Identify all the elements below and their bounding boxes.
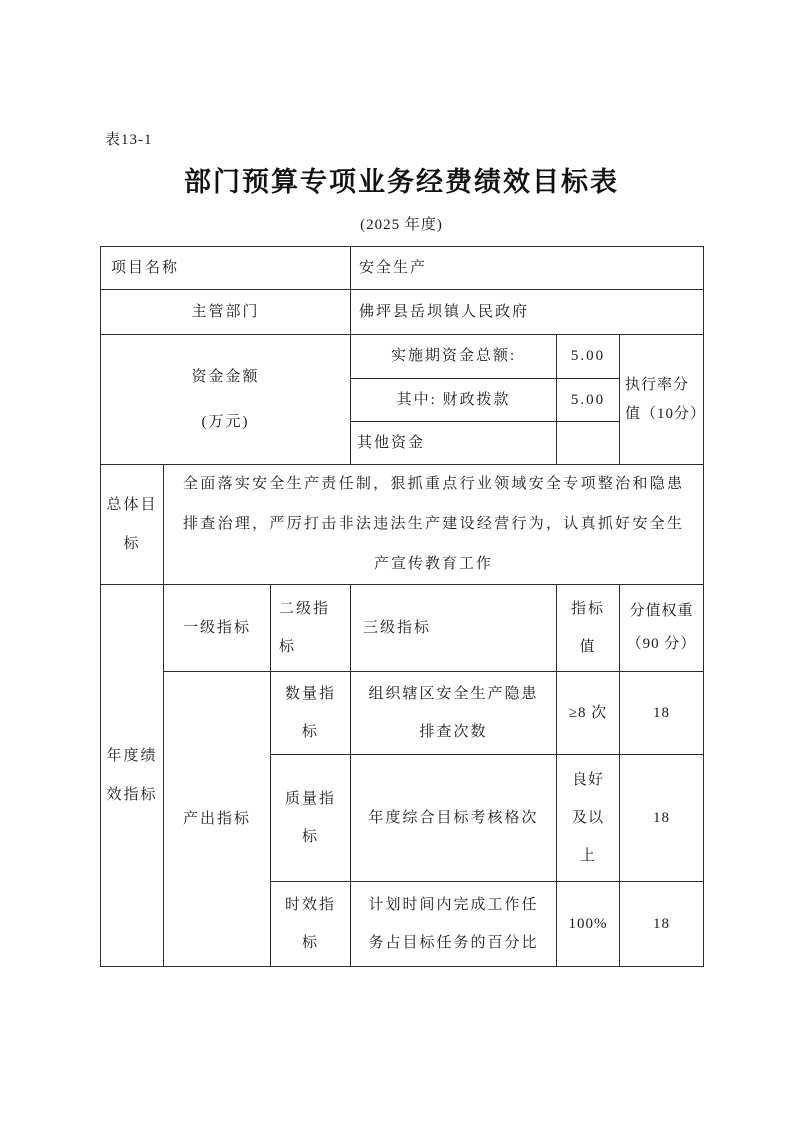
annual-indicator-label: 年度绩效指标 (101, 585, 164, 967)
table-header-row: 年度绩效指标 一级指标 二级指标 三级指标 指标值 分值权重（90 分） (101, 585, 704, 672)
performance-target-table: 项目名称 安全生产 主管部门 佛坪县岳坝镇人民政府 资金金额 (万元) 实施期资… (100, 246, 704, 967)
table-row: 主管部门 佛坪县岳坝镇人民政府 (101, 290, 704, 335)
page-title: 部门预算专项业务经费绩效目标表 (100, 165, 703, 200)
fund-total-value: 5.00 (557, 335, 620, 378)
level3-timeliness-desc: 计划时间内完成工作任务占目标任务的百分比 (351, 882, 557, 967)
document-page: 表13-1 部门预算专项业务经费绩效目标表 (2025 年度) 项目名称 安全生… (100, 0, 703, 967)
target-timeliness: 100% (557, 882, 620, 967)
header-level2: 二级指标 (271, 585, 351, 672)
fund-fiscal-value: 5.00 (557, 378, 620, 421)
table-row: 项目名称 安全生产 (101, 247, 704, 290)
department-value: 佛坪县岳坝镇人民政府 (351, 290, 704, 335)
project-name-label: 项目名称 (101, 247, 351, 290)
table-row: 资金金额 (万元) 实施期资金总额: 5.00 执行率分值（10分） (101, 335, 704, 378)
weight-timeliness: 18 (620, 882, 704, 967)
header-level3: 三级指标 (351, 585, 557, 672)
fund-total-label: 实施期资金总额: (351, 335, 557, 378)
header-target-value: 指标值 (557, 585, 620, 672)
level3-quantity-desc: 组织辖区安全生产隐患排查次数 (351, 672, 557, 755)
overall-goal-text: 全面落实安全生产责任制，狠抓重点行业领域安全专项整治和隐患排查治理，严厉打击非法… (164, 465, 704, 585)
level1-output-indicator: 产出指标 (164, 672, 271, 967)
level2-timeliness: 时效指标 (271, 882, 351, 967)
target-quality: 良好 及以 上 (557, 755, 620, 882)
project-name-value: 安全生产 (351, 247, 704, 290)
execution-rate-note: 执行率分值（10分） (620, 335, 704, 465)
department-label: 主管部门 (101, 290, 351, 335)
fund-other-label: 其他资金 (351, 421, 557, 464)
header-level1: 一级指标 (164, 585, 271, 672)
table-row: 产出指标 数量指标 组织辖区安全生产隐患排查次数 ≥8 次 18 (101, 672, 704, 755)
fund-other-value (557, 421, 620, 464)
fund-fiscal-label: 其中: 财政拨款 (351, 378, 557, 421)
weight-quantity: 18 (620, 672, 704, 755)
header-score-weight: 分值权重（90 分） (620, 585, 704, 672)
level2-quality: 质量指标 (271, 755, 351, 882)
table-row: 总体目标 全面落实安全生产责任制，狠抓重点行业领域安全专项整治和隐患排查治理，严… (101, 465, 704, 585)
level2-quantity: 数量指标 (271, 672, 351, 755)
fund-amount-label: 资金金额 (万元) (101, 335, 351, 465)
table-number-label: 表13-1 (105, 131, 703, 150)
overall-goal-label: 总体目标 (101, 465, 164, 585)
target-quantity: ≥8 次 (557, 672, 620, 755)
weight-quality: 18 (620, 755, 704, 882)
page-subtitle: (2025 年度) (100, 215, 703, 235)
level3-quality-desc: 年度综合目标考核格次 (351, 755, 557, 882)
